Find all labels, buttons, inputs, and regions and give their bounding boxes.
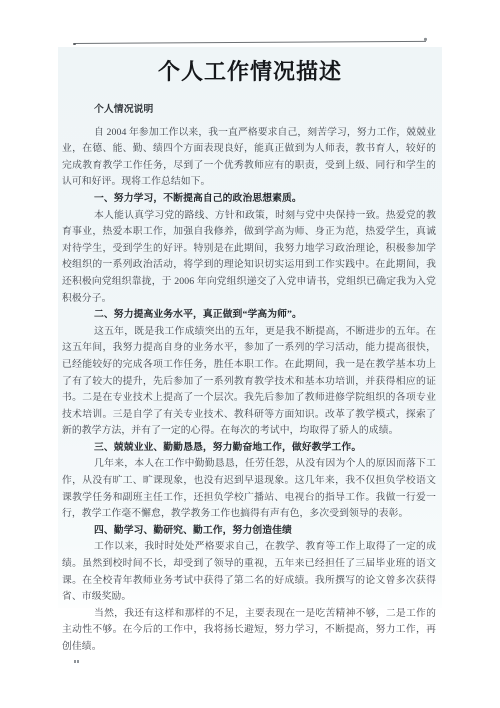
- scanned-document-view: 个人工作情况描述 个人情况说明 自 2004 年参加工作以来，我一直严格要求自己…: [0, 0, 500, 708]
- paragraph-section-2: 这五年，既是我工作成绩突出的五年，更是我不断提高，不断进步的五年。在这五年间，我…: [62, 324, 436, 440]
- scan-edge-right-tick: [424, 38, 427, 41]
- scan-artifact-dots: [74, 660, 82, 665]
- scan-speck-1: [74, 660, 76, 663]
- paragraph-section-1: 本人能认真学习党的路线、方针和政策，时刻与党中央保持一致。热爱党的教育事业，热爱…: [62, 208, 436, 308]
- document-title: 个人工作情况描述: [58, 47, 442, 86]
- section-subheading: 个人情况说明: [62, 102, 436, 119]
- paragraph-section-4: 工作以来，我时时处处严格要求自己，在教学、教育等工作上取得了一定的成绩。虽然到校…: [62, 539, 436, 605]
- section-heading-4: 四、勤学习、勤研究、勤工作，努力创造佳绩: [62, 523, 436, 540]
- section-heading-2: 二、努力提高业务水平，真正做到“学高为师”。: [62, 307, 436, 324]
- scan-speck-2: [77, 660, 79, 663]
- scan-edge-left-dot: [73, 42, 76, 45]
- paragraph-intro: 自 2004 年参加工作以来，我一直严格要求自己，刻苦学习，努力工作，兢兢业业，…: [62, 125, 436, 191]
- document-page: 个人工作情况描述 个人情况说明 自 2004 年参加工作以来，我一直严格要求自己…: [58, 47, 442, 608]
- paragraph-closing: 当然，我还有这样和那样的不足，主要表现在一是吃苦精神不够，二是工作的主动性不够。…: [62, 606, 436, 656]
- section-heading-3: 三、兢兢业业、勤勤恳恳，努力勤奋地工作，做好教学工作。: [62, 440, 436, 457]
- section-heading-1: 一、努力学习，不断提高自己的政治思想素质。: [62, 191, 436, 208]
- paragraph-section-3: 几年来，本人在工作中勤勤恳恳，任劳任怨，从没有因为个人的原因而落下工作，从没有旷…: [62, 456, 436, 522]
- scan-page-top-edge-line: [74, 41, 426, 45]
- document-body: 个人情况说明 自 2004 年参加工作以来，我一直严格要求自己，刻苦学习，努力工…: [58, 102, 442, 656]
